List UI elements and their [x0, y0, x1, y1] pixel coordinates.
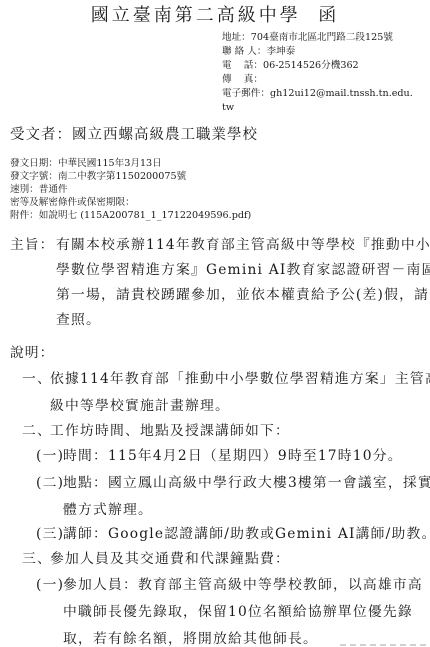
- explanation-label: 說明：: [10, 343, 54, 363]
- contact-person-label: 聯 絡 人：: [222, 46, 266, 57]
- sub-item-line: 中職師長優先錄取，保留10位名額給協辦單位優先錄: [63, 599, 423, 626]
- item-text: 參加人員及其交通費和代課鐘點費：: [50, 546, 290, 573]
- recipient-label: 受文者：: [10, 127, 72, 143]
- speed-value: 普通件: [39, 184, 68, 195]
- subject-line: 第一場，請貴校踴躍參加，並依本權責給予公(差)假，請: [56, 283, 424, 308]
- contact-block: 地址：704臺南市北區北門路二段125號 聯 絡 人：李坤泰 電 話：06-25…: [222, 31, 428, 115]
- recipient-value: 國立西螺高級農工職業學校: [72, 127, 258, 143]
- secrecy-row: 密等及解密條件或保密期限：: [10, 196, 251, 209]
- doc-number-row: 發文字號：南二中教字第1150200075號: [10, 170, 251, 183]
- secrecy-label: 密等及解密條件或保密期限：: [10, 197, 135, 208]
- sub-item-number: (三): [36, 521, 64, 548]
- doc-number-value: 南二中教字第1150200075號: [58, 171, 186, 182]
- contact-person-row: 聯 絡 人：李坤泰: [222, 45, 428, 59]
- meta-block: 發文日期：中華民國115年3月13日 發文字號：南二中教字第1150200075…: [10, 157, 251, 222]
- attachment-label: 附件：: [10, 210, 39, 221]
- sub-item-text: 時間：115年4月2日（星期四）9時至17時10分。: [63, 443, 403, 470]
- fax-label: 傳 真：: [222, 74, 263, 85]
- email-row: 電子郵件：gh12ui12@mail.tnssh.tn.edu.: [222, 87, 428, 101]
- address-value: 704臺南市北區北門路二段125號: [251, 32, 393, 43]
- item-number: 一、: [22, 366, 52, 393]
- issue-date-label: 發文日期：: [10, 158, 58, 169]
- item-line: 級中等學校實施計畫辦理。: [50, 393, 430, 420]
- subject-text: 有關本校承辦114年教育部主管高級中等學校『推動中小 學數位學習精進方案』Gem…: [56, 233, 424, 333]
- issue-date-row: 發文日期：中華民國115年3月13日: [10, 157, 251, 170]
- phone-value: 06-2514526分機362: [263, 60, 359, 71]
- sub-item-text: 講師：Google認證講師/助教或Gemini AI講師/助教。: [63, 521, 430, 548]
- item-text: 依據114年教育部「推動中小學數位學習精進方案」主管高 級中等學校實施計畫辦理。: [50, 366, 430, 420]
- sub-item-line: 時間：115年4月2日（星期四）9時至17時10分。: [63, 443, 403, 470]
- email-row-cont: tw: [222, 101, 428, 115]
- item-text: 工作坊時間、地點及授課講師如下：: [50, 418, 290, 445]
- item-line: 依據114年教育部「推動中小學數位學習精進方案」主管高: [50, 366, 430, 393]
- recipient-line: 受文者：國立西螺高級農工職業學校: [10, 125, 258, 145]
- subject-line: 查照。: [56, 308, 424, 333]
- attachment-row: 附件：如說明七 (115A200781_1_17122049596.pdf): [10, 209, 251, 222]
- attachment-link[interactable]: 如說明七 (115A200781_1_17122049596.pdf): [39, 210, 252, 221]
- phone-row: 電 話：06-2514526分機362: [222, 59, 428, 73]
- item-line: 參加人員及其交通費和代課鐘點費：: [50, 546, 290, 573]
- sub-item-line: 參加人員：教育部主管高級中等學校教師，以高雄市高: [63, 572, 423, 599]
- phone-label: 電 話：: [222, 60, 263, 71]
- sub-item-number: (一): [36, 572, 64, 599]
- speed-label: 速別：: [10, 184, 39, 195]
- sub-item-number: (二): [36, 470, 64, 497]
- subject-line: 學數位學習精進方案』Gemini AI教育家認證研習－南區: [56, 258, 424, 283]
- sub-item-line: 地點：國立鳳山高級中學行政大樓3樓第一會議室，採實: [63, 470, 430, 497]
- fax-row: 傳 真：: [222, 73, 428, 87]
- address-row: 地址：704臺南市北區北門路二段125號: [222, 31, 428, 45]
- sub-item-number: (一): [36, 443, 64, 470]
- email-value-cont[interactable]: tw: [222, 102, 234, 113]
- item-line: 工作坊時間、地點及授課講師如下：: [50, 418, 290, 445]
- page-footer-fragment: [340, 644, 428, 646]
- sub-item-line: 講師：Google認證講師/助教或Gemini AI講師/助教。: [63, 521, 430, 548]
- document-title: 國立臺南第二高級中學 函: [0, 4, 430, 28]
- subject-label: 主旨：: [10, 233, 56, 258]
- contact-person-value: 李坤泰: [266, 46, 295, 57]
- sub-item-line: 體方式辦理。: [63, 497, 430, 524]
- item-number: 三、: [22, 546, 52, 573]
- item-number: 二、: [22, 418, 52, 445]
- sub-item-text: 參加人員：教育部主管高級中等學校教師，以高雄市高 中職師長優先錄取，保留10位名…: [63, 572, 423, 647]
- doc-number-label: 發文字號：: [10, 171, 58, 182]
- speed-row: 速別：普通件: [10, 183, 251, 196]
- sub-item-text: 地點：國立鳳山高級中學行政大樓3樓第一會議室，採實 體方式辦理。: [63, 470, 430, 524]
- address-label: 地址：: [222, 32, 251, 43]
- email-label: 電子郵件：: [222, 88, 270, 99]
- issue-date-value: 中華民國115年3月13日: [58, 158, 162, 169]
- subject-line: 有關本校承辦114年教育部主管高級中等學校『推動中小: [56, 233, 424, 258]
- email-value[interactable]: gh12ui12@mail.tnssh.tn.edu.: [270, 88, 413, 99]
